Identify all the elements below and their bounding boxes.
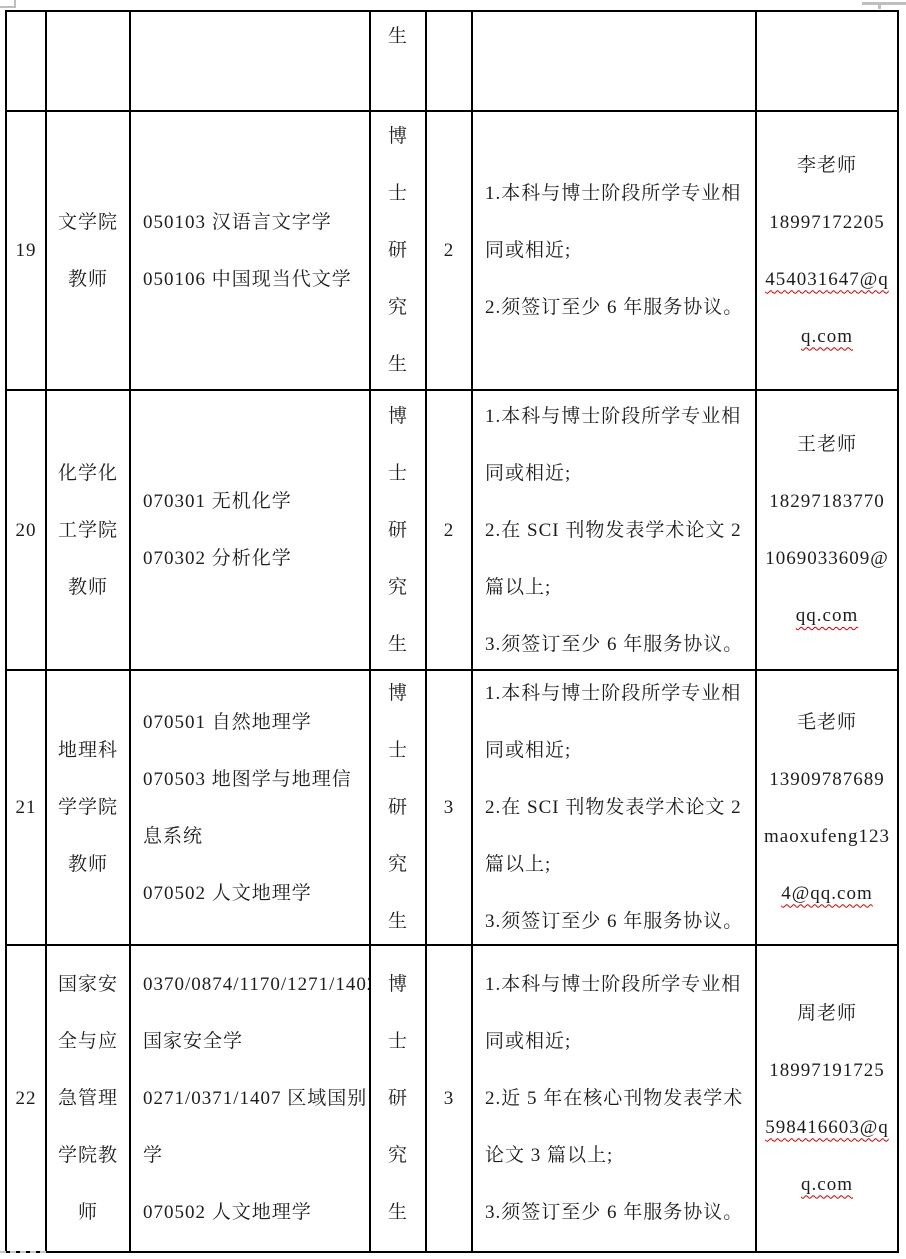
degree-char: 博 bbox=[388, 956, 408, 1013]
row-21-majors-cell: 070501 自然地理学070503 地图学与地理信息系统070502 人文地理… bbox=[131, 671, 371, 946]
requirement-line: 1.本科与博士阶段所学专业相 bbox=[485, 391, 741, 445]
contact-line: 4@qq.com bbox=[781, 865, 872, 922]
row-22-degree-cell: 博士研究生 bbox=[371, 946, 427, 1251]
partial-row-requirements-cell bbox=[473, 12, 757, 112]
degree-char: 究 bbox=[388, 279, 408, 336]
contact-line: 王老师 bbox=[797, 416, 857, 473]
headcount: 3 bbox=[444, 779, 455, 836]
document-page: 生19文学院教师050103 汉语言文字学050106 中国现当代文学博士研究生… bbox=[0, 0, 906, 1259]
major-line: 0271/0371/1407 区域国别 bbox=[143, 1070, 367, 1127]
row-19-degree-cell: 博士研究生 bbox=[371, 112, 427, 391]
position-line: 学院教 bbox=[58, 1127, 118, 1184]
headcount: 3 bbox=[444, 1070, 455, 1127]
requirement-line: 3.须签订至少 6 年服务协议。 bbox=[485, 893, 743, 946]
degree-char: 生 bbox=[388, 616, 408, 672]
major-line: 070503 地图学与地理信 bbox=[143, 751, 352, 808]
major-line: 息系统 bbox=[143, 808, 203, 865]
position-line: 化学化 bbox=[58, 445, 118, 502]
requirement-line: 2.在 SCI 刊物发表学术论文 2 bbox=[485, 502, 742, 559]
requirement-line: 2.近 5 年在核心刊物发表学术 bbox=[485, 1070, 743, 1127]
position-line: 教师 bbox=[68, 559, 108, 616]
row-number: 19 bbox=[16, 222, 37, 279]
major-line: 070301 无机化学 bbox=[143, 473, 292, 530]
row-19-requirements-cell: 1.本科与博士阶段所学专业相同或相近;2.须签订至少 6 年服务协议。 bbox=[473, 112, 757, 391]
major-line: 050103 汉语言文字学 bbox=[143, 194, 332, 251]
contact-line: q.com bbox=[801, 1156, 853, 1213]
degree-char: 士 bbox=[388, 722, 408, 779]
headcount: 2 bbox=[444, 502, 455, 559]
degree-char: 士 bbox=[388, 445, 408, 502]
position-line: 急管理 bbox=[58, 1070, 118, 1127]
requirement-line: 1.本科与博士阶段所学专业相 bbox=[485, 165, 741, 222]
contact-line: 454031647@q bbox=[765, 251, 889, 308]
degree-char: 博 bbox=[388, 671, 408, 722]
row-20-position-cell: 化学化工学院教师 bbox=[47, 391, 131, 671]
row-19-position-cell: 文学院教师 bbox=[47, 112, 131, 391]
row-20-degree-cell: 博士研究生 bbox=[371, 391, 427, 671]
row-19-number-cell: 19 bbox=[7, 112, 47, 391]
degree-char: 生 bbox=[388, 1184, 408, 1241]
major-line: 0370/0874/1170/1271/1402 bbox=[143, 956, 371, 1013]
contact-line: qq.com bbox=[796, 587, 858, 644]
row-20-majors-cell: 070301 无机化学070302 分析化学 bbox=[131, 391, 371, 671]
degree-char: 博 bbox=[388, 391, 408, 445]
requirement-line: 2.在 SCI 刊物发表学术论文 2 bbox=[485, 779, 742, 836]
degree-char: 生 bbox=[388, 12, 408, 62]
partial-row-position-cell bbox=[47, 12, 131, 112]
degree-char: 士 bbox=[388, 1013, 408, 1070]
row-22-position-cell: 国家安全与应急管理学院教师 bbox=[47, 946, 131, 1251]
degree-char: 研 bbox=[388, 779, 408, 836]
page-corner-mark-top-left-h bbox=[0, 6, 15, 8]
degree-char: 研 bbox=[388, 1070, 408, 1127]
major-line: 070302 分析化学 bbox=[143, 530, 292, 587]
requirement-line: 同或相近; bbox=[485, 722, 571, 779]
major-line: 学 bbox=[143, 1127, 163, 1184]
row-19-majors-cell: 050103 汉语言文字学050106 中国现当代文学 bbox=[131, 112, 371, 391]
page-corner-mark-top-right-h bbox=[862, 2, 906, 5]
major-line: 国家安全学 bbox=[143, 1013, 243, 1070]
contact-line: 18997172205 bbox=[769, 194, 885, 251]
partial-row-degree-cell: 生 bbox=[371, 12, 427, 112]
degree-char: 究 bbox=[388, 1127, 408, 1184]
degree-char: 生 bbox=[388, 893, 408, 946]
row-20-contact-cell: 王老师182971837701069033609@qq.com bbox=[757, 391, 897, 671]
row-21-number-cell: 21 bbox=[7, 671, 47, 946]
major-line: 050106 中国现当代文学 bbox=[143, 251, 352, 308]
row-number: 22 bbox=[16, 1070, 37, 1127]
major-line: 070502 人文地理学 bbox=[143, 865, 312, 922]
contact-line: 李老师 bbox=[797, 137, 857, 194]
position-line: 全与应 bbox=[58, 1013, 118, 1070]
requirement-line: 2.须签订至少 6 年服务协议。 bbox=[485, 279, 743, 336]
row-20-number-cell: 20 bbox=[7, 391, 47, 671]
row-22-requirements-cell: 1.本科与博士阶段所学专业相同或相近;2.近 5 年在核心刊物发表学术论文 3 … bbox=[473, 946, 757, 1251]
position-line: 文学院 bbox=[58, 194, 118, 251]
requirement-line: 篇以上; bbox=[485, 559, 551, 616]
partial-row-contact-cell bbox=[757, 12, 897, 112]
row-21-position-cell: 地理科学学院教师 bbox=[47, 671, 131, 946]
page-corner-mark-top-left-v bbox=[14, 0, 16, 8]
position-line: 国家安 bbox=[58, 956, 118, 1013]
headcount: 2 bbox=[444, 222, 455, 279]
partial-row-number-cell bbox=[7, 12, 47, 112]
degree-char: 研 bbox=[388, 222, 408, 279]
partial-row-majors-cell bbox=[131, 12, 371, 112]
contact-line: 13909787689 bbox=[769, 751, 885, 808]
degree-char: 究 bbox=[388, 559, 408, 616]
row-20-requirements-cell: 1.本科与博士阶段所学专业相同或相近;2.在 SCI 刊物发表学术论文 2篇以上… bbox=[473, 391, 757, 671]
requirement-line: 1.本科与博士阶段所学专业相 bbox=[485, 956, 741, 1013]
row-22-contact-cell: 周老师18997191725598416603@qq.com bbox=[757, 946, 897, 1251]
row-22-count-cell: 3 bbox=[427, 946, 473, 1251]
contact-line: q.com bbox=[801, 308, 853, 365]
requirement-line: 1.本科与博士阶段所学专业相 bbox=[485, 671, 741, 722]
page-break-dash bbox=[0, 1251, 46, 1253]
contact-line: 18297183770 bbox=[769, 473, 885, 530]
row-22-majors-cell: 0370/0874/1170/1271/1402国家安全学0271/0371/1… bbox=[131, 946, 371, 1251]
row-19-count-cell: 2 bbox=[427, 112, 473, 391]
requirement-line: 篇以上; bbox=[485, 836, 551, 893]
requirement-line: 3.须签订至少 6 年服务协议。 bbox=[485, 616, 743, 672]
partial-row-count-cell bbox=[427, 12, 473, 112]
degree-char: 生 bbox=[388, 336, 408, 391]
position-line: 学学院 bbox=[58, 779, 118, 836]
row-21-degree-cell: 博士研究生 bbox=[371, 671, 427, 946]
page-corner-mark-top-right-v bbox=[878, 2, 881, 9]
degree-char: 博 bbox=[388, 112, 408, 165]
position-line: 教师 bbox=[68, 251, 108, 308]
recruitment-table: 生19文学院教师050103 汉语言文字学050106 中国现当代文学博士研究生… bbox=[5, 10, 899, 1253]
position-line: 师 bbox=[78, 1184, 98, 1241]
requirement-line: 同或相近; bbox=[485, 1013, 571, 1070]
row-number: 21 bbox=[16, 779, 37, 836]
contact-line: 1069033609@ bbox=[765, 530, 889, 587]
row-19-contact-cell: 李老师18997172205454031647@qq.com bbox=[757, 112, 897, 391]
row-number: 20 bbox=[16, 502, 37, 559]
row-22-number-cell: 22 bbox=[7, 946, 47, 1251]
row-21-requirements-cell: 1.本科与博士阶段所学专业相同或相近;2.在 SCI 刊物发表学术论文 2篇以上… bbox=[473, 671, 757, 946]
row-21-count-cell: 3 bbox=[427, 671, 473, 946]
degree-char: 研 bbox=[388, 502, 408, 559]
degree-char: 究 bbox=[388, 836, 408, 893]
requirement-line: 同或相近; bbox=[485, 445, 571, 502]
requirement-line: 论文 3 篇以上; bbox=[485, 1127, 613, 1184]
major-line: 070501 自然地理学 bbox=[143, 694, 312, 751]
position-line: 地理科 bbox=[58, 722, 118, 779]
contact-line: 毛老师 bbox=[797, 694, 857, 751]
position-line: 工学院 bbox=[58, 502, 118, 559]
contact-line: 18997191725 bbox=[769, 1042, 885, 1099]
requirement-line: 3.须签订至少 6 年服务协议。 bbox=[485, 1184, 743, 1241]
contact-line: maoxufeng123 bbox=[764, 808, 890, 865]
requirement-line: 同或相近; bbox=[485, 222, 571, 279]
degree-char: 士 bbox=[388, 165, 408, 222]
major-line: 070502 人文地理学 bbox=[143, 1184, 312, 1241]
contact-line: 598416603@q bbox=[765, 1099, 889, 1156]
row-21-contact-cell: 毛老师13909787689maoxufeng1234@qq.com bbox=[757, 671, 897, 946]
contact-line: 周老师 bbox=[797, 985, 857, 1042]
row-20-count-cell: 2 bbox=[427, 391, 473, 671]
position-line: 教师 bbox=[68, 836, 108, 893]
